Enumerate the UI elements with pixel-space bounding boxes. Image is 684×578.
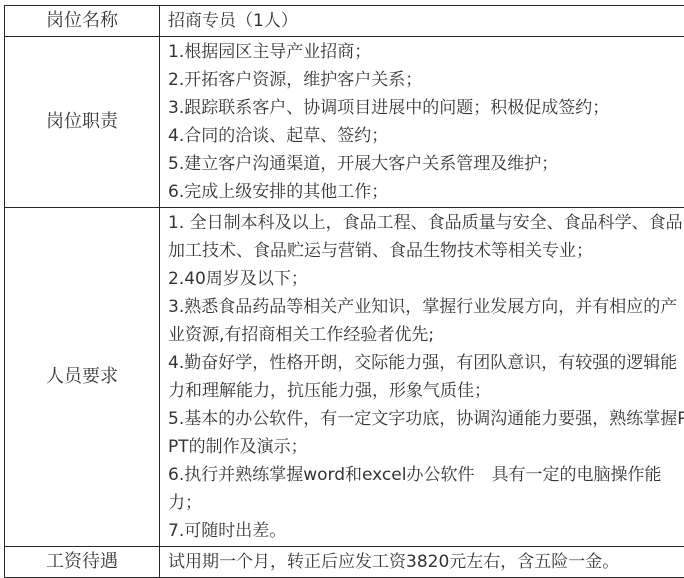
responsibility-item-1: 1.根据园区主导产业招商； <box>168 38 684 66</box>
responsibilities-list: 1.根据园区主导产业招商； 2.开拓客户资源，维护客户关系； 3.跟踪联系客户、… <box>160 37 684 208</box>
position-name-text: 招商专员（1人） <box>168 7 684 35</box>
requirement-item-2: 2.40周岁及以下； <box>168 265 684 293</box>
job-posting-table-body: 岗位名称 招商专员（1人） 岗位职责 1.根据园区主导产业招商； 2.开拓客户资… <box>5 6 684 578</box>
salary-label: 工资待遇 <box>5 547 160 578</box>
requirement-item-6: 6.执行并熟练掌握word和excel办公软件 具有一定的电脑操作能力； <box>168 461 684 517</box>
responsibilities-label: 岗位职责 <box>5 37 160 208</box>
responsibility-item-6: 6.完成上级安排的其他工作； <box>168 178 684 206</box>
salary-value: 试用期一个月，转正后应发工资3820元左右，含五险一金。 <box>160 547 684 578</box>
responsibility-item-5: 5.建立客户沟通渠道，开展大客户关系管理及维护； <box>168 150 684 178</box>
job-posting-table: 岗位名称 招商专员（1人） 岗位职责 1.根据园区主导产业招商； 2.开拓客户资… <box>4 5 684 578</box>
requirement-item-4: 4.勤奋好学，性格开朗，交际能力强，有团队意识，有较强的逻辑能力和理解能力，抗压… <box>168 349 684 405</box>
position-name-label: 岗位名称 <box>5 6 160 37</box>
requirement-item-7: 7.可随时出差。 <box>168 517 684 545</box>
requirement-item-3: 3.熟悉食品药品等相关产业知识，掌握行业发展方向，并有相应的产业资源,有招商相关… <box>168 293 684 349</box>
requirements-label: 人员要求 <box>5 208 160 547</box>
responsibility-item-2: 2.开拓客户资源，维护客户关系； <box>168 66 684 94</box>
requirements-list: 1. 全日制本科及以上，食品工程、食品质量与安全、食品科学、食品加工技术、食品贮… <box>160 208 684 547</box>
responsibility-item-3: 3.跟踪联系客户、协调项目进展中的问题；积极促成签约； <box>168 94 684 122</box>
salary-text: 试用期一个月，转正后应发工资3820元左右，含五险一金。 <box>168 548 684 576</box>
table-row-requirements: 人员要求 1. 全日制本科及以上，食品工程、食品质量与安全、食品科学、食品加工技… <box>5 208 684 547</box>
table-row-position-name: 岗位名称 招商专员（1人） <box>5 6 684 37</box>
responsibility-item-4: 4.合同的洽谈、起草、签约； <box>168 122 684 150</box>
requirement-item-5: 5.基本的办公软件，有一定文字功底，协调沟通能力要强，熟练掌握PPT的制作及演示… <box>168 405 684 461</box>
table-row-salary: 工资待遇 试用期一个月，转正后应发工资3820元左右，含五险一金。 <box>5 547 684 578</box>
table-row-responsibilities: 岗位职责 1.根据园区主导产业招商； 2.开拓客户资源，维护客户关系； 3.跟踪… <box>5 37 684 208</box>
position-name-value: 招商专员（1人） <box>160 6 684 37</box>
requirement-item-1: 1. 全日制本科及以上，食品工程、食品质量与安全、食品科学、食品加工技术、食品贮… <box>168 209 684 265</box>
